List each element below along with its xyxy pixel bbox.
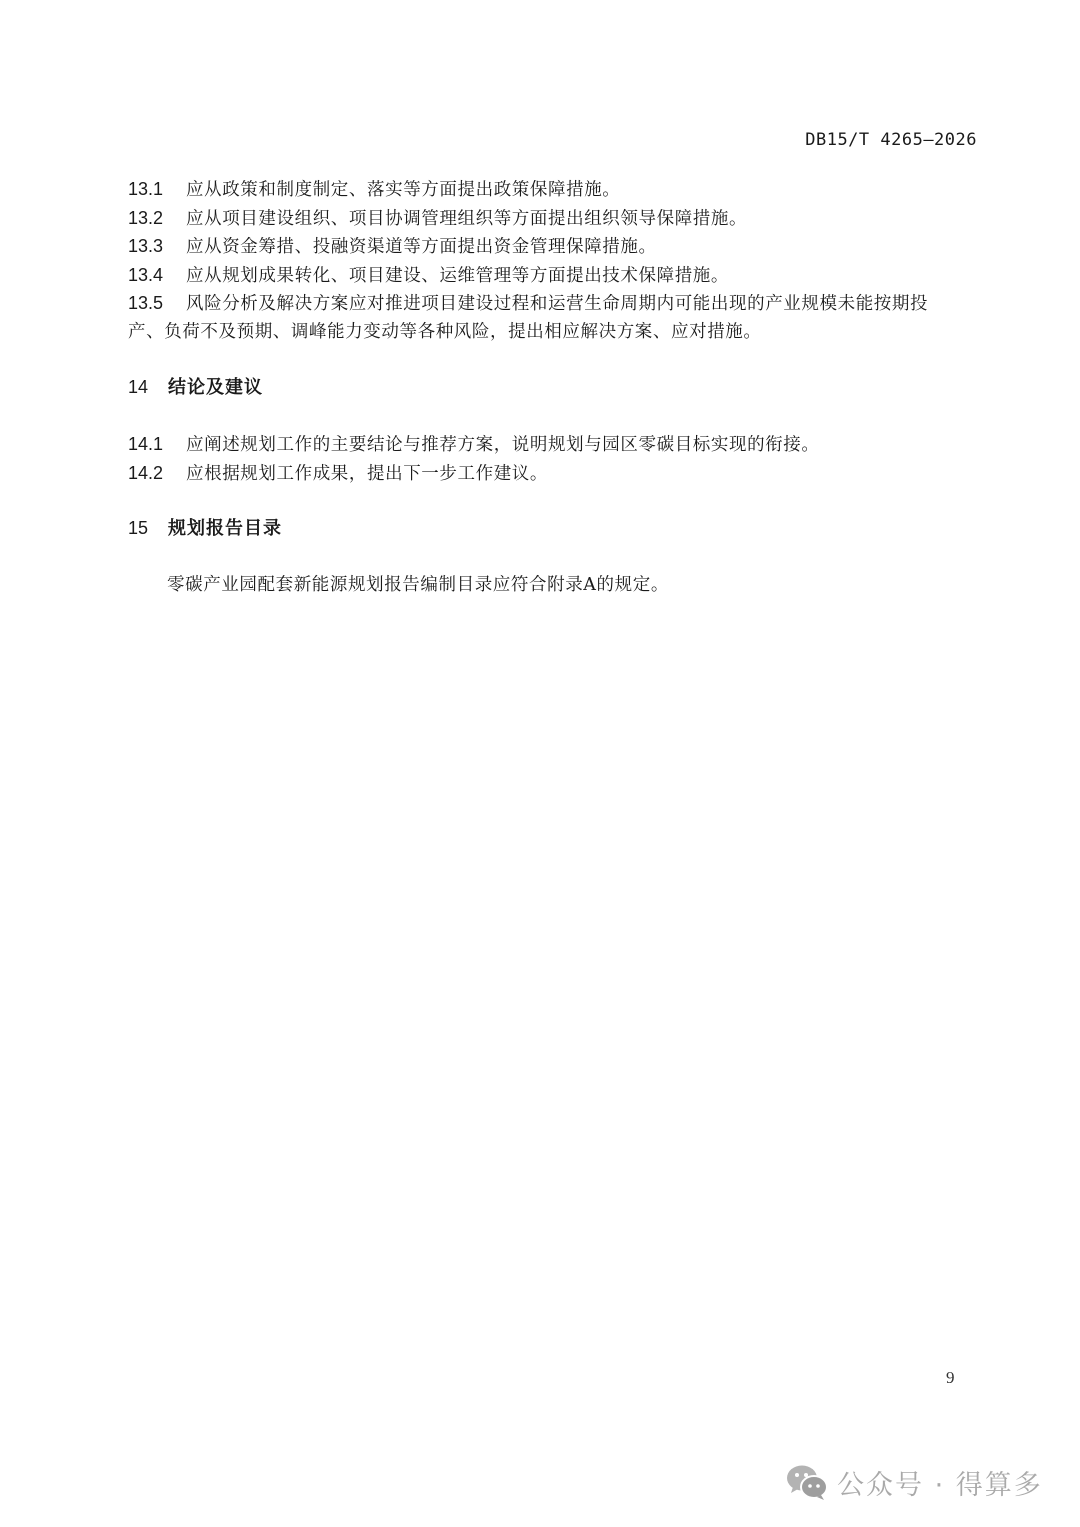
section-number: 15 [128,514,168,543]
section-heading-15: 15规划报告目录 [128,514,282,543]
section-title: 规划报告目录 [168,518,282,539]
clause-13-5-continuation: 产、负荷不及预期、调峰能力变动等各种风险，提出相应解决方案、应对措施。 [128,318,762,347]
clause-text: 风险分析及解决方案应对推进项目建设过程和运营生命周期内可能出现的产业规模未能按期… [186,294,928,314]
section-heading-14: 14结论及建议 [128,373,263,402]
clause-14-2: 14.2应根据规划工作成果，提出下一步工作建议。 [128,459,548,489]
clause-text: 应从资金筹措、投融资渠道等方面提出资金管理保障措施。 [186,237,657,257]
section-15-paragraph: 零碳产业园配套新能源规划报告编制目录应符合附录A的规定。 [167,571,669,600]
page-number: 9 [946,1368,955,1388]
clause-13-2: 13.2应从项目建设组织、项目协调管理组织等方面提出组织领导保障措施。 [128,204,747,234]
clause-13-1: 13.1应从政策和制度制定、落实等方面提出政策保障措施。 [128,175,620,205]
clause-number: 13.3 [128,232,186,261]
wechat-icon [785,1462,829,1502]
clause-number: 14.2 [128,459,186,488]
section-number: 14 [128,373,168,402]
clause-number: 13.4 [128,261,186,290]
document-code: DB15/T 4265—2026 [805,130,977,150]
clause-text: 应阐述规划工作的主要结论与推荐方案，说明规划与园区零碳目标实现的衔接。 [186,435,820,455]
clause-text: 应从规划成果转化、项目建设、运维管理等方面提出技术保障措施。 [186,266,729,286]
watermark-text: 公众号 · 得算多 [837,1463,1043,1502]
clause-text: 应根据规划工作成果，提出下一步工作建议。 [186,464,548,484]
clause-number: 14.1 [128,430,186,459]
clause-text: 应从政策和制度制定、落实等方面提出政策保障措施。 [186,180,620,200]
clause-13-5: 13.5风险分析及解决方案应对推进项目建设过程和运营生命周期内可能出现的产业规模… [128,289,928,319]
clause-13-4: 13.4应从规划成果转化、项目建设、运维管理等方面提出技术保障措施。 [128,261,729,291]
watermark: 公众号 · 得算多 [785,1462,1043,1502]
clause-14-1: 14.1应阐述规划工作的主要结论与推荐方案，说明规划与园区零碳目标实现的衔接。 [128,430,820,460]
clause-number: 13.2 [128,204,186,233]
clause-number: 13.1 [128,175,186,204]
clause-13-3: 13.3应从资金筹措、投融资渠道等方面提出资金管理保障措施。 [128,232,657,262]
clause-text: 应从项目建设组织、项目协调管理组织等方面提出组织领导保障措施。 [186,209,747,229]
section-title: 结论及建议 [168,377,263,398]
clause-number: 13.5 [128,289,186,318]
